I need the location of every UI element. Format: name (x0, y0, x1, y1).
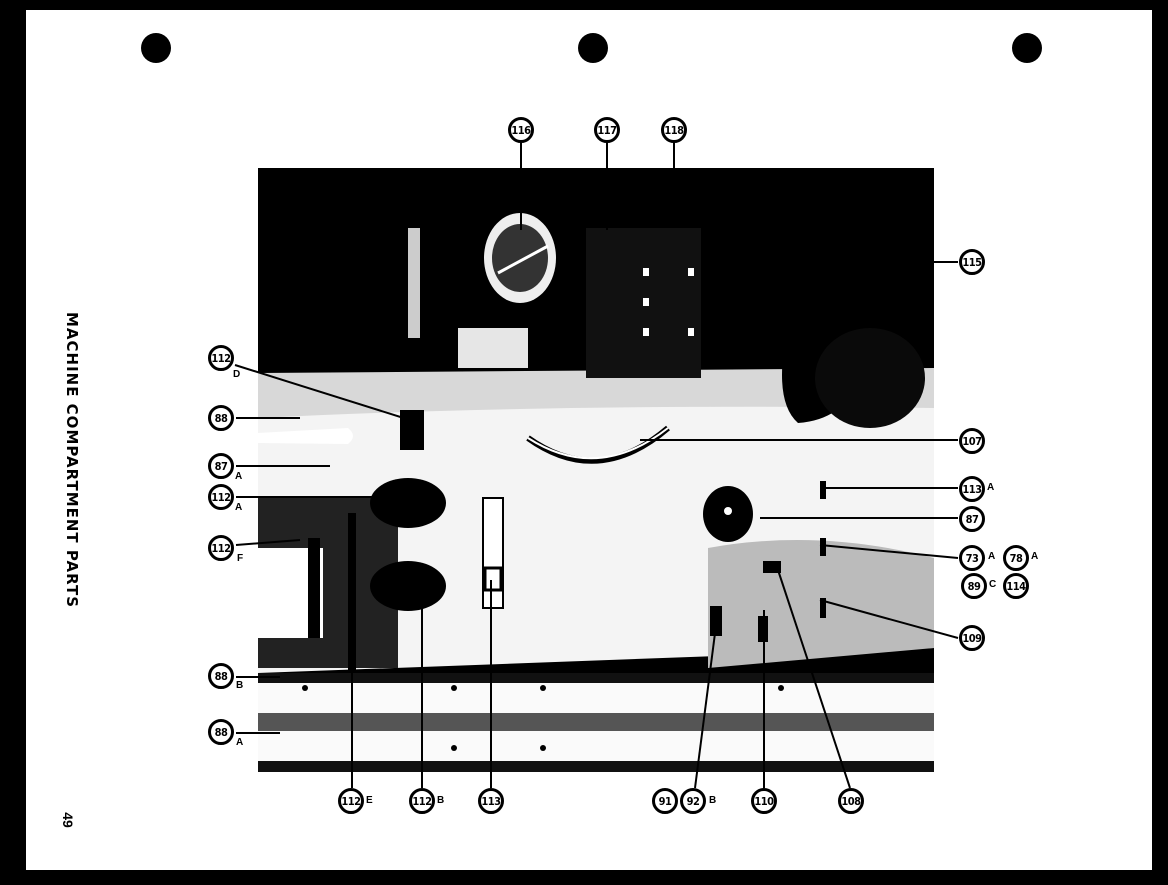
callout-number: 114 (1006, 580, 1025, 593)
callout-108: 108 (838, 788, 864, 814)
callout-number: 112 (211, 491, 230, 504)
callout-suffix: A (987, 482, 994, 493)
callout-78a: 78 (1003, 545, 1029, 571)
callout-suffix: A (236, 737, 243, 748)
callout-number: 116 (511, 124, 530, 137)
callout-number: 88 (215, 726, 228, 739)
callout-112b: 112 (409, 788, 435, 814)
callout-118: 118 (661, 117, 687, 143)
callout-suffix: A (235, 502, 242, 513)
callout-113: 113 (478, 788, 504, 814)
callout-number: 73 (966, 552, 979, 565)
callout-92b: 92 (680, 788, 706, 814)
callout-number: 118 (664, 124, 683, 137)
callout-112a: 112 (208, 484, 234, 510)
callout-107: 107 (959, 428, 985, 454)
callout-87: 87 (959, 506, 985, 532)
callout-number: 87 (215, 460, 228, 473)
callout-number: 78 (1010, 552, 1023, 565)
callout-number: 112 (341, 795, 360, 808)
callout-87a: 87 (208, 453, 234, 479)
callout-suffix: F (237, 553, 243, 564)
callout-88: 88 (208, 405, 234, 431)
callout-suffix: A (988, 551, 995, 562)
callout-112d: 112 (208, 345, 234, 371)
callout-number: 92 (687, 795, 700, 808)
callout-number: 89 (968, 580, 981, 593)
callout-89c: 89 (961, 573, 987, 599)
callout-suffix: A (235, 471, 242, 482)
callout-suffix: B (236, 680, 243, 691)
callout-number: 107 (962, 435, 981, 448)
callout-number: 113 (962, 483, 981, 496)
callout-number: 112 (211, 542, 230, 555)
callout-number: 108 (841, 795, 860, 808)
callout-number: 109 (962, 632, 981, 645)
callout-number: 88 (215, 670, 228, 683)
callout-109: 109 (959, 625, 985, 651)
callout-number: 112 (412, 795, 431, 808)
callout-suffix: C (989, 579, 996, 590)
callout-number: 112 (211, 352, 230, 365)
callout-114: 114 (1003, 573, 1029, 599)
callout-suffix: B (437, 795, 444, 806)
callout-117: 117 (594, 117, 620, 143)
callout-73a: 73 (959, 545, 985, 571)
callout-suffix: D (233, 369, 240, 380)
callout-91: 91 (652, 788, 678, 814)
callout-number: 115 (962, 256, 981, 269)
callout-suffix: A (1031, 551, 1038, 562)
leader-lines (0, 0, 1168, 885)
callout-112e: 112 (338, 788, 364, 814)
callout-number: 110 (754, 795, 773, 808)
callout-88b: 88 (208, 663, 234, 689)
callout-116: 116 (508, 117, 534, 143)
callout-suffix: E (366, 795, 373, 806)
callout-number: 88 (215, 412, 228, 425)
callout-number: 91 (659, 795, 672, 808)
callout-number: 117 (597, 124, 616, 137)
callout-113a: 113 (959, 476, 985, 502)
callout-88a: 88 (208, 719, 234, 745)
callout-suffix: B (709, 795, 716, 806)
callout-110: 110 (751, 788, 777, 814)
callout-112f: 112 (208, 535, 234, 561)
callout-115: 115 (959, 249, 985, 275)
callout-number: 113 (481, 795, 500, 808)
callout-number: 87 (966, 513, 979, 526)
